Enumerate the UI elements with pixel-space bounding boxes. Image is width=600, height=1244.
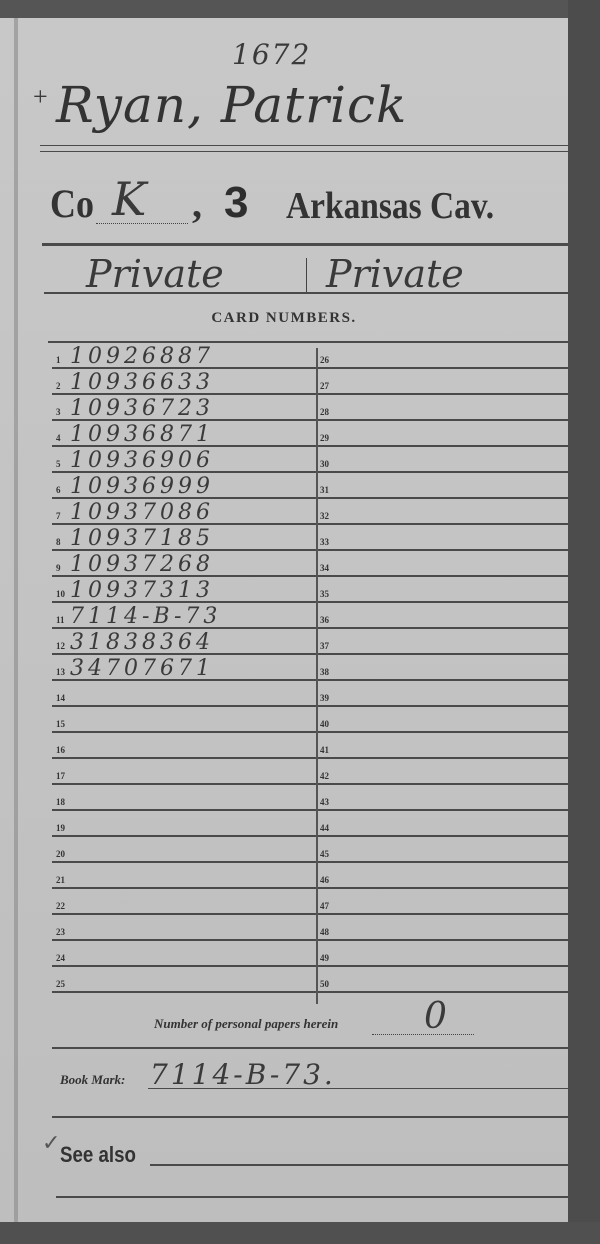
table-row: 1641 [52,733,568,759]
row-number-left: 22 [56,901,65,911]
table-row: 101093731335 [52,577,568,603]
table-row: 117114-B-7336 [52,603,568,629]
bottom-rule [56,1196,568,1198]
row-number-left: 11 [56,615,65,625]
row-number-left: 8 [56,537,61,547]
row-number-left: 16 [56,745,65,755]
row-number-right: 44 [320,823,329,833]
row-number-right: 29 [320,433,329,443]
rank-divider [306,258,307,292]
table-row: 1944 [52,811,568,837]
personal-papers-value: 0 [424,996,447,1037]
regiment-number: 3 [224,178,248,228]
row-number-right: 39 [320,693,329,703]
card-number-value: 10936906 [70,448,214,473]
row-number-right: 47 [320,901,329,911]
row-number-right: 43 [320,797,329,807]
card-number-value: 34707671 [70,656,214,681]
column-divider [316,348,318,1004]
table-row: 51093690630 [52,447,568,473]
company-dots [96,222,188,224]
row-number-right: 31 [320,485,329,495]
book-mark-rule [148,1088,568,1089]
card-number-value: 10936871 [70,422,214,447]
card-number-value: 10937268 [70,552,214,577]
row-number-right: 48 [320,927,329,937]
company-comma: , [192,180,202,227]
company-value: K [112,172,146,226]
card-number-value: 31838364 [70,630,214,655]
name-rule-2 [40,151,568,152]
row-number-left: 23 [56,927,65,937]
table-row: 2146 [52,863,568,889]
row-number-right: 35 [320,589,329,599]
card-number-value: 10937313 [70,578,214,603]
personal-papers-label: Number of personal papers herein [154,1016,338,1032]
check-mark-icon: ✓ [42,1130,60,1156]
row-number-right: 50 [320,979,329,989]
book-mark-label: Book Mark: [60,1072,125,1088]
row-number-left: 14 [56,693,65,703]
row-number-left: 12 [56,641,65,651]
row-number-left: 7 [56,511,61,521]
row-rule [52,991,568,993]
row-number-left: 9 [56,563,61,573]
row-number-left: 20 [56,849,65,859]
see-also-label: See also [60,1142,136,1168]
table-row: 21093663327 [52,369,568,395]
table-row: 2247 [52,889,568,915]
row-number-left: 6 [56,485,61,495]
papers-rule [52,1047,568,1049]
table-row: 2550 [52,967,568,993]
row-number-left: 10 [56,589,65,599]
card-number-value: 7114-B-73 [70,604,221,629]
soldier-name: Ryan, Patrick [56,76,407,134]
row-number-right: 49 [320,953,329,963]
book-mark-lower-rule [52,1116,568,1118]
table-row: 1742 [52,759,568,785]
table-row: 41093687129 [52,421,568,447]
row-number-left: 17 [56,771,65,781]
table-row: 61093699931 [52,473,568,499]
regiment-name: Arkansas Cav. [286,184,494,228]
card-number-value: 10926887 [70,344,214,369]
row-number-right: 34 [320,563,329,573]
table-row: 2045 [52,837,568,863]
card-numbers-title: CARD NUMBERS. [0,310,568,327]
row-number-right: 38 [320,667,329,677]
row-number-left: 4 [56,433,61,443]
row-number-right: 32 [320,511,329,521]
row-number-right: 36 [320,615,329,625]
table-row: 71093708632 [52,499,568,525]
table-row: 123183836437 [52,629,568,655]
table-row: 133470767138 [52,655,568,681]
company-label: Co [50,180,94,227]
rank-in: Private [86,252,224,296]
card-number-value: 10936633 [70,370,214,395]
row-number-left: 15 [56,719,65,729]
table-row: 91093726834 [52,551,568,577]
scan-border-right [568,0,600,1244]
card-number-value: 10936723 [70,396,214,421]
table-row: 31093672328 [52,395,568,421]
rank-rule [44,292,568,294]
row-number-right: 30 [320,459,329,469]
card-number-value: 10937185 [70,526,214,551]
row-number-left: 21 [56,875,65,885]
scan-border-bottom [0,1222,600,1244]
row-number-right: 26 [320,355,329,365]
row-number-right: 46 [320,875,329,885]
book-mark-value: 7114-B-73. [150,1058,336,1091]
table-row: 81093718533 [52,525,568,551]
row-number-left: 5 [56,459,61,469]
card-number-value: 10937086 [70,500,214,525]
table-row: 11092688726 [52,343,568,369]
table-row: 1540 [52,707,568,733]
row-number-right: 28 [320,407,329,417]
card-left-edge [14,18,18,1224]
table-row: 2449 [52,941,568,967]
cross-mark: + [33,82,48,112]
row-number-right: 37 [320,641,329,651]
row-number-left: 1 [56,355,61,365]
card-number-value: 10936999 [70,474,214,499]
see-also-rule [150,1164,568,1166]
row-number-left: 3 [56,407,61,417]
table-row: 1439 [52,681,568,707]
rank-out: Private [326,252,464,296]
personal-papers-dots [372,1034,474,1035]
row-number-left: 13 [56,667,65,677]
row-number-left: 18 [56,797,65,807]
row-number-right: 45 [320,849,329,859]
row-number-right: 40 [320,719,329,729]
row-number-left: 19 [56,823,65,833]
file-number: 1672 [232,38,311,71]
row-number-right: 33 [320,537,329,547]
table-row: 1843 [52,785,568,811]
row-number-right: 41 [320,745,329,755]
row-number-left: 25 [56,979,65,989]
name-rule-1 [40,145,568,146]
row-number-right: 42 [320,771,329,781]
table-row: 2348 [52,915,568,941]
row-number-left: 24 [56,953,65,963]
row-number-left: 2 [56,381,61,391]
header-rule [42,243,568,246]
row-number-right: 27 [320,381,329,391]
